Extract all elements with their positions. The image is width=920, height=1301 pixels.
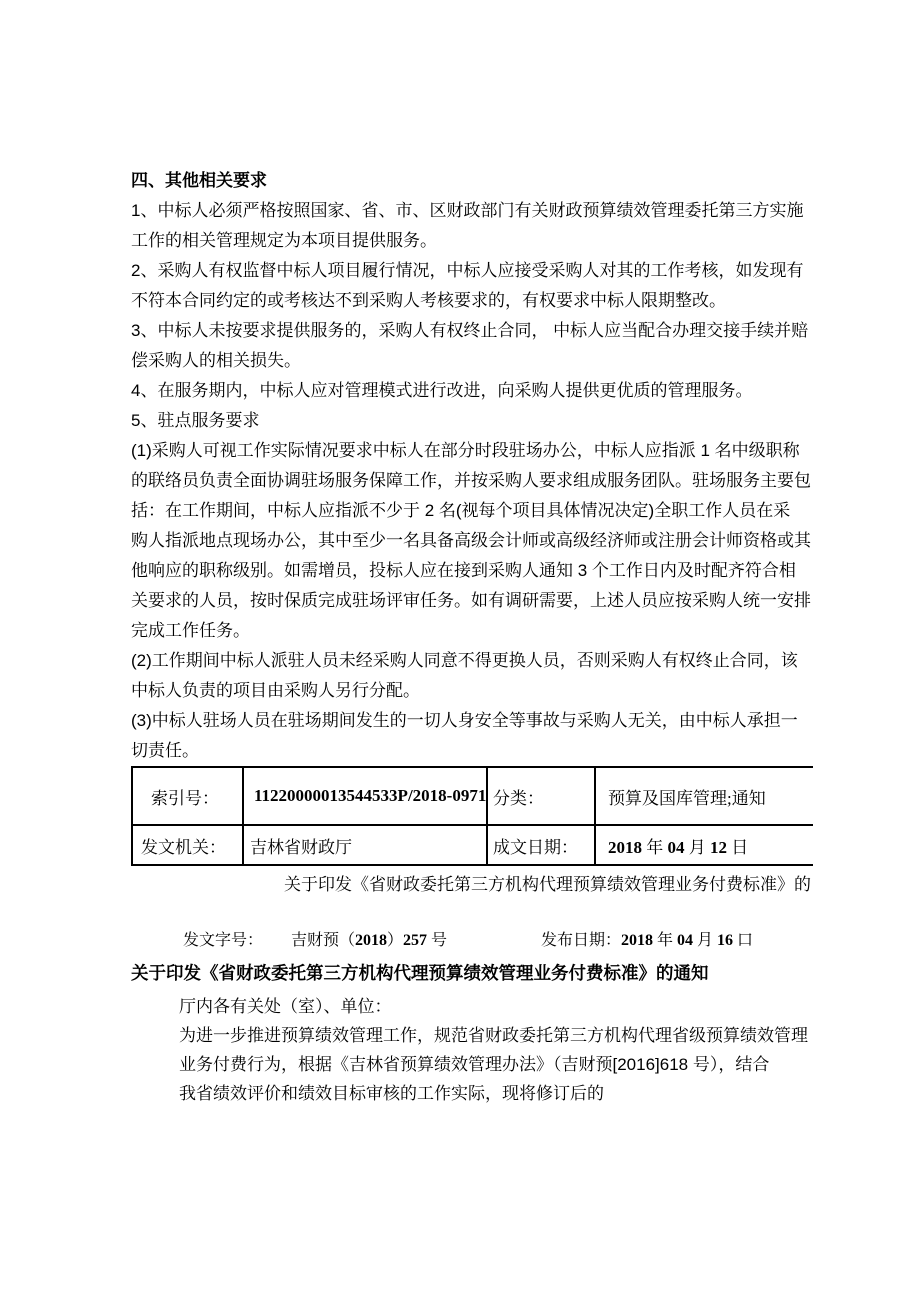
- notice-heading: 关于印发《省财政委托第三方机构代理预算绩效管理业务付费标准》的通知: [131, 960, 821, 986]
- body-paragraph-8: (3)中标人驻场人员在驻场期间发生的一切人身安全等事故与采购人无关，由中标人承担…: [131, 706, 821, 766]
- issuing-agency-label: 发文机关：: [132, 825, 243, 865]
- body-paragraph-5: 5、驻点服务要求: [131, 406, 821, 436]
- document-title-line: 关于印发《省财政委托第三方机构代理预算绩效管理业务付费标准》的: [131, 874, 821, 896]
- doc-number-label: 发文字号：: [183, 926, 263, 956]
- classification-value: 预算及国库管理;通知: [595, 767, 813, 825]
- body-paragraph-4: 4、在服务期内，中标人应对管理模式进行改进，向采购人提供更优质的管理服务。: [131, 376, 821, 406]
- written-date-label: 成文日期：: [487, 825, 595, 865]
- index-number-value: 11220000013544533P/2018-09718: [243, 767, 487, 825]
- section-heading: 四、其他相关要求: [131, 166, 821, 196]
- written-date-value: 2018 年 04 月 12 日: [595, 825, 813, 865]
- issuing-agency-value: 吉林省财政厅: [243, 825, 487, 865]
- document-metadata-table: 索引号： 11220000013544533P/2018-09718 分类： 预…: [131, 766, 813, 866]
- body-paragraph-7: (2)工作期间中标人派驻人员未经采购人同意不得更换人员，否则采购人有权终止合同，…: [131, 646, 821, 706]
- document-number-row: 发文字号： 吉财预（2018）257 号 发布日期：2018 年 04 月 16…: [131, 926, 821, 956]
- notice-salutation: 厅内各有关处（室）、单位：: [179, 992, 821, 1021]
- notice-body: 为进一步推进预算绩效管理工作，规范省财政委托第三方机构代理省级预算绩效管理 业务…: [179, 1021, 815, 1108]
- doc-number-value: 吉财预（2018）257 号: [291, 926, 447, 956]
- document-page: 四、其他相关要求 1、中标人必须严格按照国家、省、市、区财政部门有关财政预算绩效…: [0, 0, 920, 1301]
- document-content: 四、其他相关要求 1、中标人必须严格按照国家、省、市、区财政部门有关财政预算绩效…: [131, 166, 821, 1108]
- publish-date: 发布日期：2018 年 04 月 16 口: [541, 926, 753, 956]
- body-paragraph-3: 3、中标人未按要求提供服务的，采购人有权终止合同， 中标人应当配合办理交接手续并…: [131, 316, 821, 376]
- publish-date-value: 2018 年 04 月 16 口: [621, 932, 753, 949]
- index-number-label: 索引号：: [132, 767, 243, 825]
- publish-date-label: 发布日期：: [541, 932, 621, 949]
- body-paragraph-6: (1)采购人可视工作实际情况要求中标人在部分时段驻场办公，中标人应指派 1 名中…: [131, 436, 821, 646]
- body-paragraph-1: 1、中标人必须严格按照国家、省、市、区财政部门有关财政预算绩效管理委托第三方实施…: [131, 196, 821, 256]
- table-row: 发文机关： 吉林省财政厅 成文日期： 2018 年 04 月 12 日: [132, 825, 813, 865]
- body-paragraph-2: 2、采购人有权监督中标人项目履行情况，中标人应接受采购人对其的工作考核，如发现有…: [131, 256, 821, 316]
- table-row: 索引号： 11220000013544533P/2018-09718 分类： 预…: [132, 767, 813, 825]
- classification-label: 分类：: [487, 767, 595, 825]
